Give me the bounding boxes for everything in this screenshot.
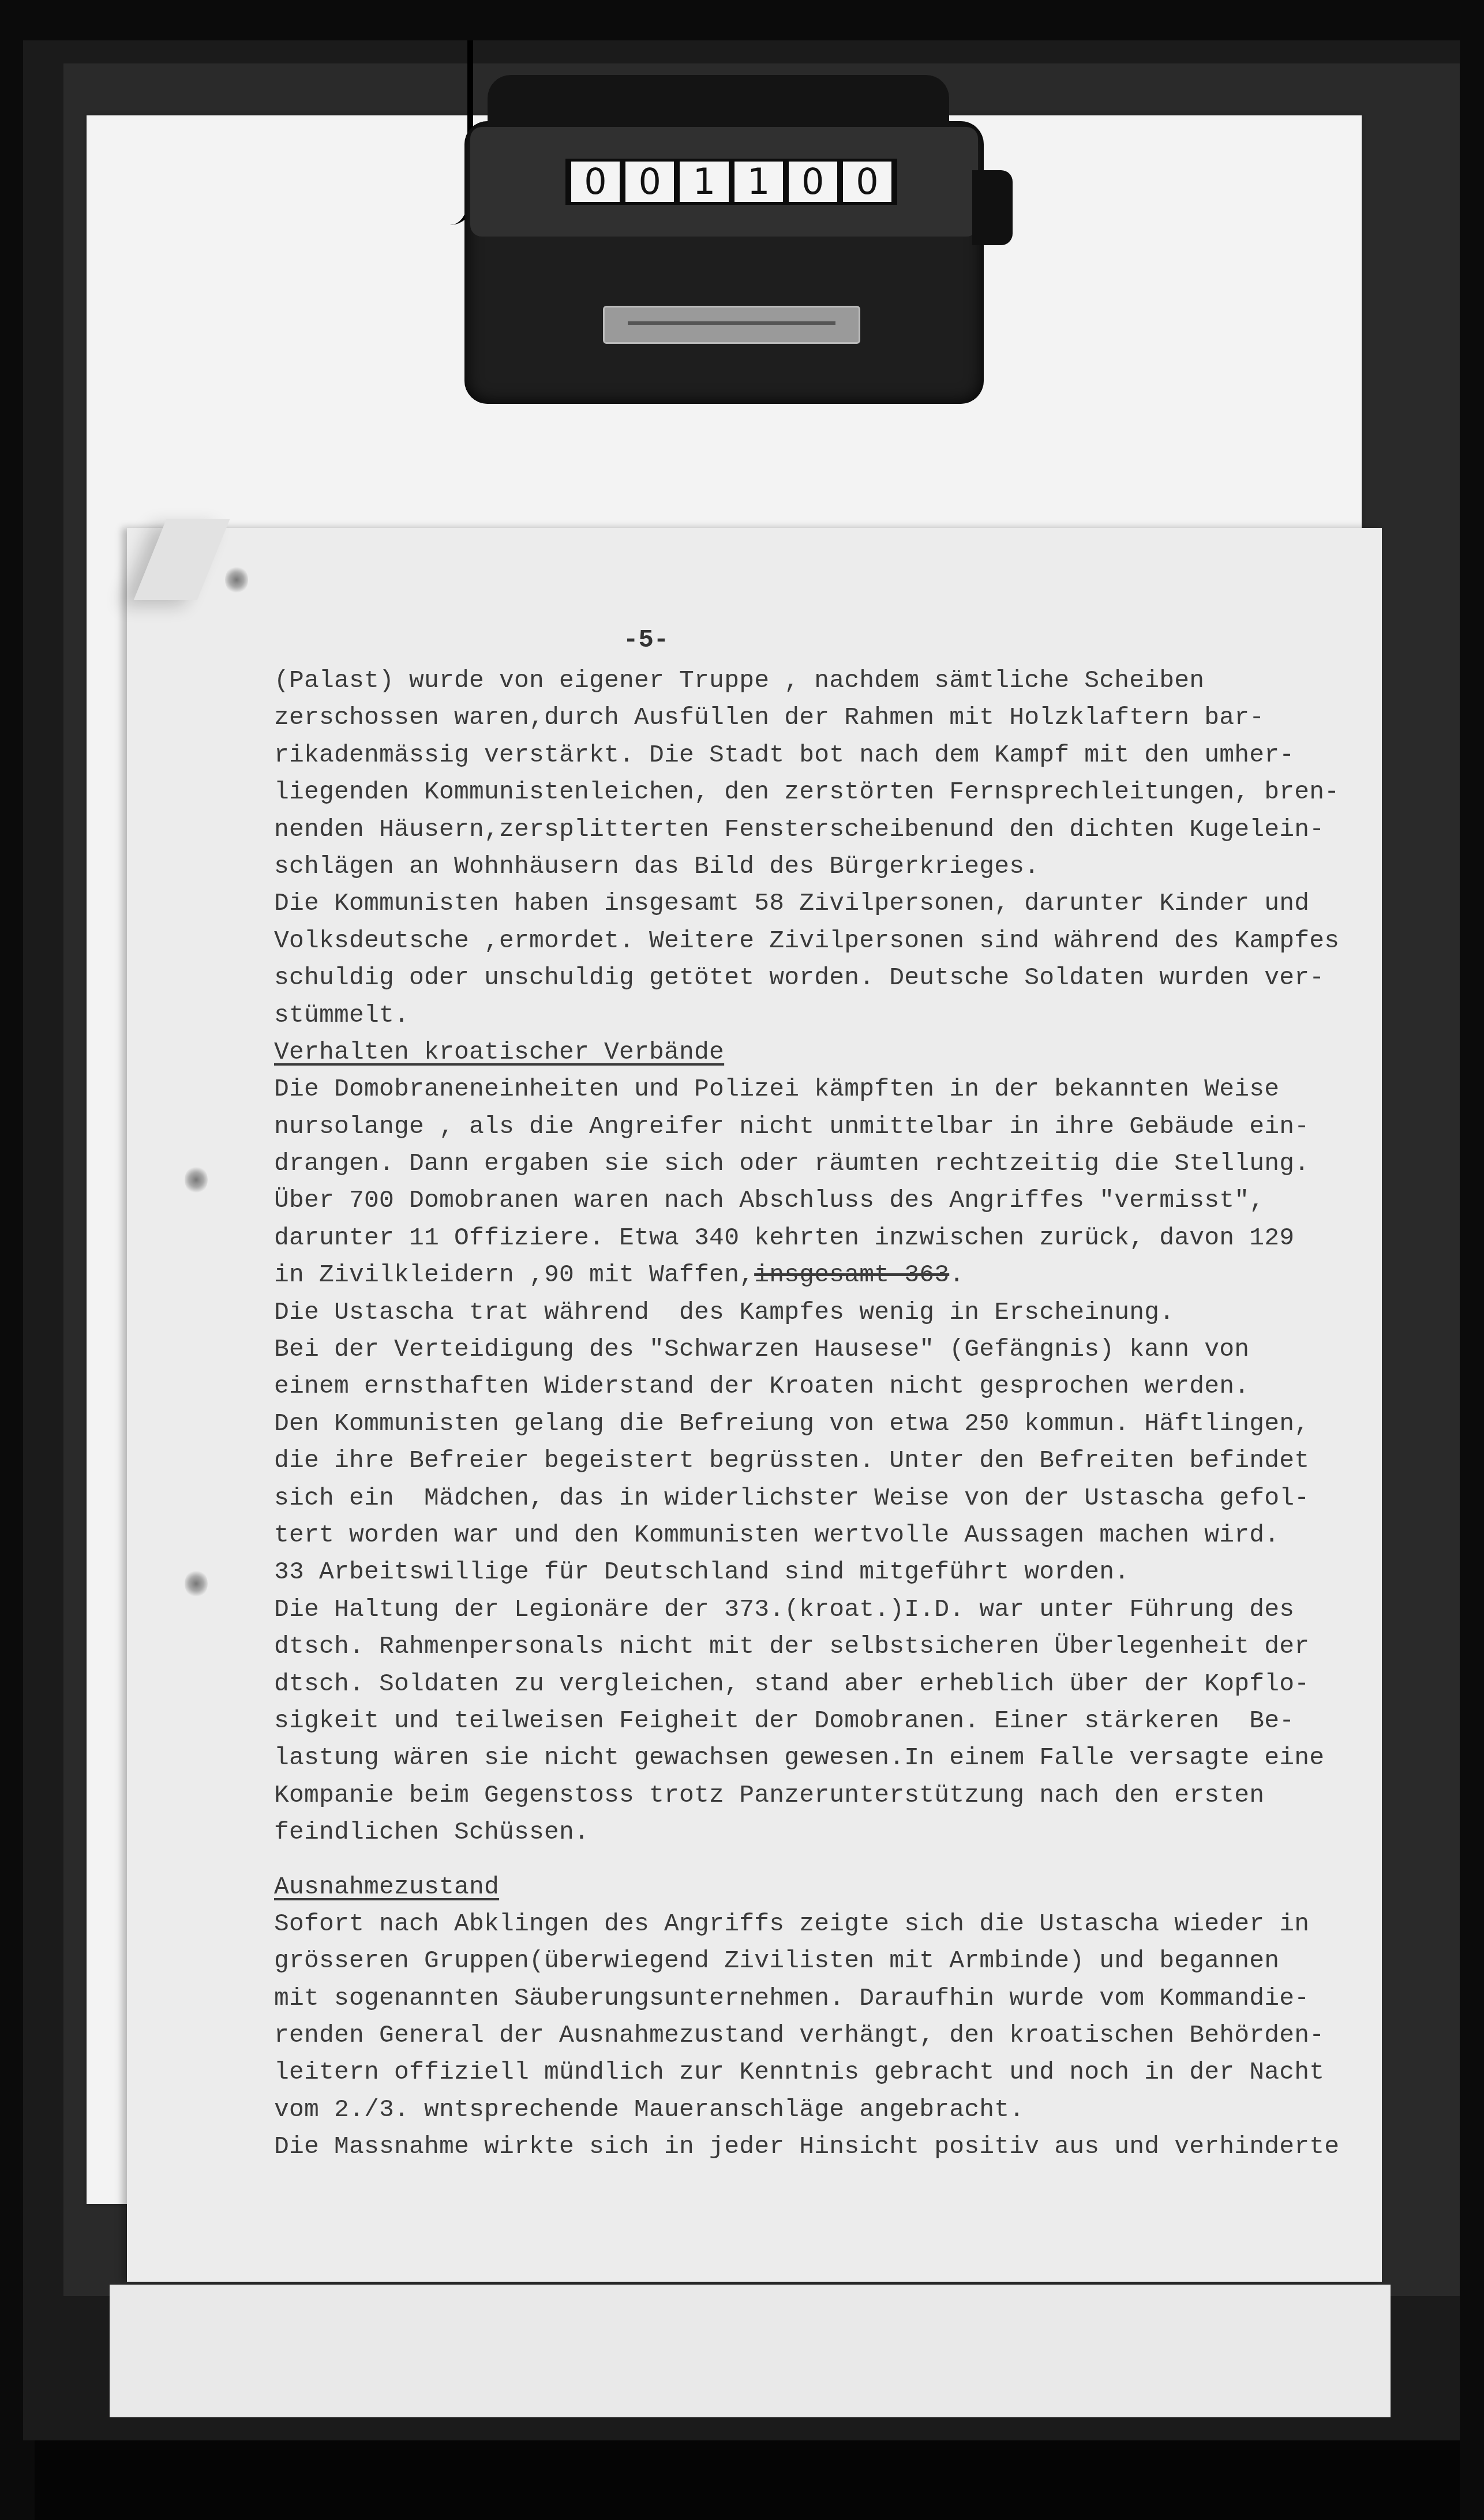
text-line: feindlichen Schüssen. [274,1814,1370,1851]
text-line: renden General der Ausnahmezustand verhä… [274,2017,1370,2054]
text-line: sich ein Mädchen, das in widerlichster W… [274,1480,1370,1517]
text-line-content: sich ein Mädchen, das in widerlichster W… [274,1484,1309,1512]
text-line: Bei der Verteidigung des "Schwarzen Haus… [274,1331,1370,1368]
text-line: vom 2./3. wntsprechende Maueranschläge a… [274,2091,1370,2128]
punch-hole-mark [185,1569,208,1598]
text-line: schuldig oder unschuldig getötet worden.… [274,959,1370,996]
text-line-content: schlägen an Wohnhäusern das Bild des Bür… [274,852,1039,880]
text-line-content: rikadenmässig verstärkt. Die Stadt bot n… [274,741,1294,769]
text-line: sigkeit und teilweisen Feigheit der Domo… [274,1702,1370,1739]
film-bottom-edge [35,2440,1460,2520]
text-line-content: nenden Häusern,zersplitterten Fenstersch… [274,815,1324,843]
text-line-content: Bei der Verteidigung des "Schwarzen Haus… [274,1335,1249,1363]
text-line: Die Ustascha trat während des Kampfes we… [274,1294,1370,1331]
text-line: liegenden Kommunistenleichen, den zerstö… [274,774,1370,811]
text-line: Die Domobraneneinheiten und Polizei kämp… [274,1071,1370,1108]
text-line: Kompanie beim Gegenstoss trotz Panzerunt… [274,1777,1370,1814]
counter-digit: 1 [734,162,783,202]
text-line-content: drangen. Dann ergaben sie sich oder räum… [274,1149,1309,1177]
text-line-content: leitern offiziell mündlich zur Kenntnis … [274,2058,1324,2086]
text-line: grösseren Gruppen(überwiegend Zivilisten… [274,1942,1370,1979]
text-line: lastung wären sie nicht gewachsen gewese… [274,1739,1370,1776]
text-line: in Zivilkleidern ,90 mit Waffen,insgesam… [274,1257,1370,1293]
text-line: rikadenmässig verstärkt. Die Stadt bot n… [274,737,1370,774]
text-line-content: darunter 11 Offiziere. Etwa 340 kehrten … [274,1224,1294,1252]
section-heading-text: Verhalten kroatischer Verbände [274,1038,724,1066]
text-line-content: Die Kommunisten haben insgesamt 58 Zivil… [274,889,1309,917]
text-line-content: schuldig oder unschuldig getötet worden.… [274,963,1324,992]
text-line: Die Massnahme wirkte sich in jeder Hinsi… [274,2128,1370,2165]
text-line-content: 33 Arbeitswillige für Deutschland sind m… [274,1558,1129,1586]
counter-digit: 0 [789,162,837,202]
struck-text: insgesamt 363 [754,1261,949,1289]
text-line-content: grösseren Gruppen(überwiegend Zivilisten… [274,1947,1279,1975]
text-line-content: einem ernsthaften Widerstand der Kroaten… [274,1372,1249,1400]
text-line: stümmelt. [274,997,1370,1034]
frame-counter-device: 0 0 1 1 0 0 [464,75,984,404]
text-line-content: stümmelt. [274,1001,409,1029]
counter-nameplate [603,306,860,344]
text-line: nenden Häusern,zersplitterten Fenstersch… [274,811,1370,848]
text-line-content: Den Kommunisten gelang die Befreiung von… [274,1409,1309,1438]
counter-digit: 0 [625,162,674,202]
text-line: drangen. Dann ergaben sie sich oder räum… [274,1145,1370,1182]
text-line-content: dtsch. Soldaten zu vergleichen, stand ab… [274,1670,1309,1698]
text-line: dtsch. Soldaten zu vergleichen, stand ab… [274,1666,1370,1702]
text-line: schlägen an Wohnhäusern das Bild des Bür… [274,848,1370,885]
text-line-content: Die Haltung der Legionäre der 373.(kroat… [274,1595,1294,1623]
text-line-content: Die Massnahme wirkte sich in jeder Hinsi… [274,2132,1339,2161]
text-line-content: nursolange , als die Angreifer nicht unm… [274,1112,1309,1141]
text-line-content: renden General der Ausnahmezustand verhä… [274,2021,1324,2049]
text-line-content: die ihre Befreier begeistert begrüssten.… [274,1446,1309,1475]
counter-digit: 0 [571,162,620,202]
punch-hole-mark [185,1165,208,1194]
text-line: nursolange , als die Angreifer nicht unm… [274,1108,1370,1145]
section-heading-text: Ausnahmezustand [274,1873,499,1901]
document-body: (Palast) wurde von eigener Truppe , nach… [274,662,1370,2166]
text-line: Über 700 Domobranen waren nach Abschluss… [274,1182,1370,1219]
text-line-content: vom 2./3. wntsprechende Maueranschläge a… [274,2095,1024,2124]
text-line: Die Haltung der Legionäre der 373.(kroat… [274,1591,1370,1628]
text-line: zerschossen waren,durch Ausfüllen der Ra… [274,699,1370,736]
text-line: Die Kommunisten haben insgesamt 58 Zivil… [274,885,1370,922]
text-line-content: in Zivilkleidern ,90 mit Waffen, [274,1261,754,1289]
text-line-content: liegenden Kommunistenleichen, den zerstö… [274,778,1339,806]
counter-digit: 0 [843,162,891,202]
text-line-content: dtsch. Rahmenpersonals nicht mit der sel… [274,1632,1309,1660]
text-line-content: lastung wären sie nicht gewachsen gewese… [274,1743,1324,1772]
text-line-content: Die Domobraneneinheiten und Polizei kämp… [274,1075,1279,1103]
text-line-content: zerschossen waren,durch Ausfüllen der Ra… [274,703,1264,732]
text-line: Den Kommunisten gelang die Befreiung von… [274,1405,1370,1442]
section-heading: Verhalten kroatischer Verbände [274,1034,1370,1071]
text-line: darunter 11 Offiziere. Etwa 340 kehrten … [274,1220,1370,1257]
text-line: mit sogenannten Säuberungsunternehmen. D… [274,1980,1370,2017]
text-line-content: Über 700 Domobranen waren nach Abschluss… [274,1186,1264,1214]
text-line-content: Sofort nach Abklingen des Angriffs zeigt… [274,1910,1309,1938]
lower-sheet-edge [110,2285,1391,2417]
text-line: leitern offiziell mündlich zur Kenntnis … [274,2054,1370,2091]
trailing-punctuation: . [949,1261,964,1289]
text-line: (Palast) wurde von eigener Truppe , nach… [274,662,1370,699]
text-line-content: feindlichen Schüssen. [274,1818,589,1846]
text-line-content: tert worden war und den Kommunisten wert… [274,1521,1279,1549]
text-line-content: Die Ustascha trat während des Kampfes we… [274,1298,1174,1326]
counter-display: 0 0 1 1 0 0 [565,159,897,205]
text-line: dtsch. Rahmenpersonals nicht mit der sel… [274,1628,1370,1665]
counter-knob [972,170,1013,245]
page-number: -5- [623,626,669,655]
section-heading: Ausnahmezustand [274,1869,1370,1906]
text-line-content: Volksdeutsche ,ermordet. Weitere Zivilpe… [274,927,1339,955]
text-line: Volksdeutsche ,ermordet. Weitere Zivilpe… [274,922,1370,959]
text-line: 33 Arbeitswillige für Deutschland sind m… [274,1554,1370,1591]
text-line: tert worden war und den Kommunisten wert… [274,1517,1370,1554]
text-line-content: sigkeit und teilweisen Feigheit der Domo… [274,1707,1294,1735]
text-line: Sofort nach Abklingen des Angriffs zeigt… [274,1906,1370,1942]
text-line-content: Kompanie beim Gegenstoss trotz Panzerunt… [274,1781,1264,1809]
text-line: die ihre Befreier begeistert begrüssten.… [274,1442,1370,1479]
text-line-content: (Palast) wurde von eigener Truppe , nach… [274,666,1204,695]
text-line-content: mit sogenannten Säuberungsunternehmen. D… [274,1984,1309,2012]
blank-line [274,1851,1370,1869]
ink-smudge [225,565,248,594]
text-line: einem ernsthaften Widerstand der Kroaten… [274,1368,1370,1405]
counter-digit: 1 [680,162,728,202]
